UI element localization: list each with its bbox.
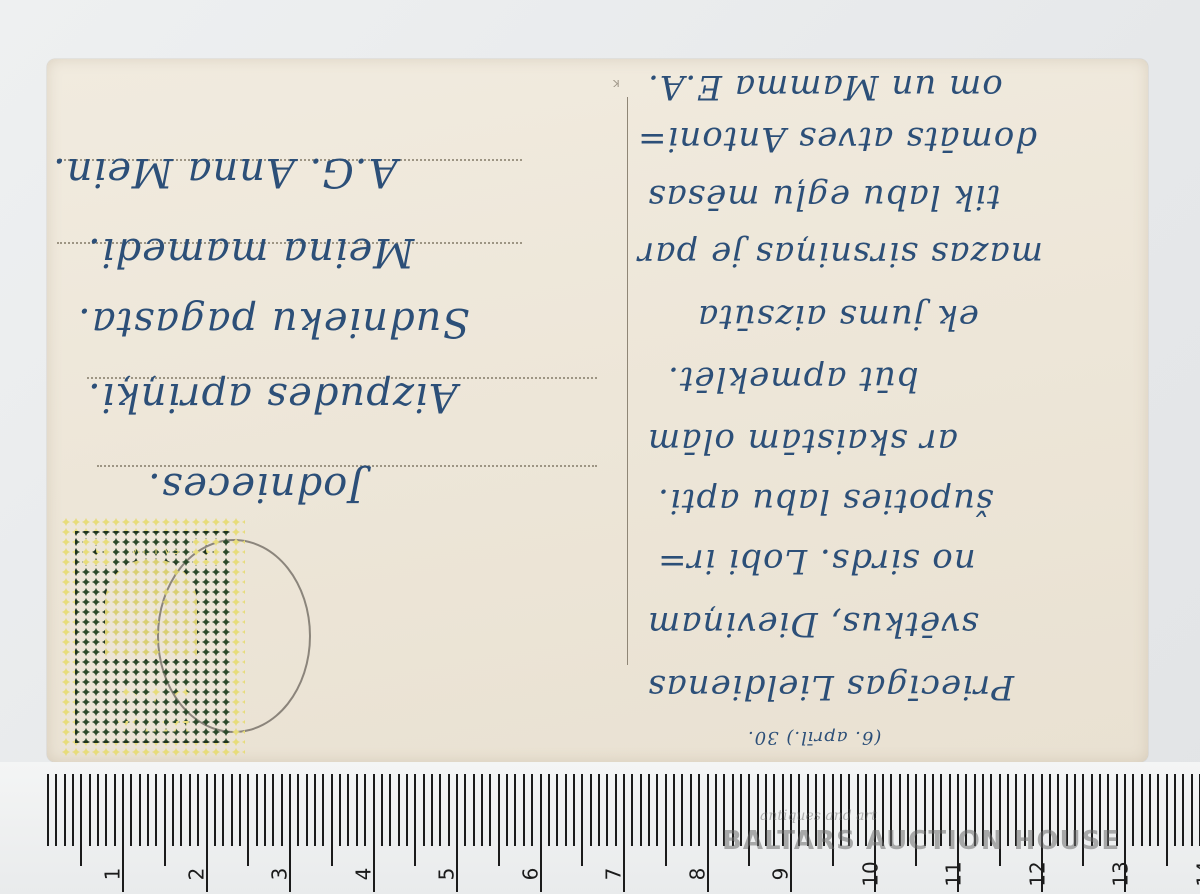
ruler-label: 7 [601, 868, 625, 881]
message-line: tik labu egļu mēsas [647, 177, 1001, 217]
message-line: šupoties labu apti. [657, 481, 994, 521]
ruler-tick [114, 774, 116, 846]
ruler-tick [464, 774, 466, 846]
ruler-tick [180, 774, 182, 846]
ruler-tick [1141, 774, 1143, 846]
ruler-tick [214, 774, 216, 846]
ruler-tick [247, 774, 249, 866]
ruler-tick [272, 774, 274, 846]
postcard-divider-line [627, 97, 628, 665]
ruler-tick [615, 774, 617, 846]
message-date: (6. aprīl.) 30. [747, 727, 881, 748]
ruler-tick [339, 774, 341, 846]
postcard: K A.G. Anna Mein. Meina mamedi. Sudnieku… [47, 59, 1148, 762]
ruler-label: 5 [434, 868, 458, 881]
ruler-tick [606, 774, 608, 846]
ruler-label: 14 [1192, 861, 1200, 886]
ruler-tick [1132, 774, 1134, 846]
address-line: Sudnieku pagasta. [77, 299, 470, 345]
ruler-label: 6 [518, 868, 542, 881]
ruler-tick [105, 774, 107, 846]
ruler-tick [673, 774, 675, 846]
message-line: būt apmeklēt. [667, 359, 919, 399]
ruler-tick [1157, 774, 1159, 846]
ruler-tick [690, 774, 692, 846]
ruler-tick [381, 774, 383, 846]
ruler-tick [640, 774, 642, 846]
ruler-label: 13 [1109, 861, 1133, 886]
stamp-value: 6 [193, 539, 223, 565]
stamp-coat-of-arms-icon [103, 557, 199, 661]
stamp-design: LATVIJA ★★★ 6 SANTIMI 6 [75, 531, 231, 743]
watermark-subtitle: antiques and art [760, 808, 877, 824]
watermark: BALTARS AUCTION HOUSE [722, 826, 1120, 856]
ruler-label: 4 [351, 868, 375, 881]
ruler-tick [698, 774, 700, 846]
message-line: Priecīgas Lieldienas [647, 667, 1014, 707]
ruler-tick [55, 774, 57, 846]
ruler-tick [681, 774, 683, 846]
ruler-tick [264, 774, 266, 846]
ruler-tick [130, 774, 132, 846]
ruler-tick [47, 774, 49, 846]
ruler-tick [197, 774, 199, 846]
ruler-tick [665, 774, 667, 866]
ruler-tick [573, 774, 575, 846]
ruler-tick [548, 774, 550, 846]
ruler-tick [64, 774, 66, 846]
ruler-tick [364, 774, 366, 846]
address-line: Meina mamedi. [87, 229, 414, 275]
ruler-tick [89, 774, 91, 846]
ruler-tick [322, 774, 324, 846]
ruler-tick [347, 774, 349, 846]
message-line: no sirds. Lobi ir= [657, 541, 976, 581]
ruler-tick [423, 774, 425, 846]
ruler-tick [1182, 774, 1184, 846]
ruler-tick [414, 774, 416, 866]
ruler-tick [222, 774, 224, 846]
ruler-tick [448, 774, 450, 846]
message-line: svētkus, Dieviņam [647, 604, 979, 644]
ruler-label: 10 [858, 861, 882, 886]
ruler-tick [598, 774, 600, 846]
ruler-tick [80, 774, 82, 866]
ruler-tick [581, 774, 583, 866]
ruler-tick [523, 774, 525, 846]
stamp-currency: SANTIMI [117, 543, 189, 556]
ruler-tick [556, 774, 558, 846]
stamp-stars-icon: ★★★ [77, 677, 229, 707]
ruler-tick [281, 774, 283, 846]
message-line: ar skaistām olām [647, 421, 958, 461]
ruler-tick [715, 774, 717, 846]
ruler-tick [473, 774, 475, 846]
ruler-tick [1166, 774, 1168, 866]
stamp-value: 6 [83, 539, 113, 565]
ruler-tick [531, 774, 533, 846]
ruler-tick [297, 774, 299, 846]
address-line: Aizpudes apriņķi. [87, 374, 458, 420]
ruler-tick [72, 774, 74, 846]
ruler-tick [331, 774, 333, 866]
ruler-tick [498, 774, 500, 866]
ruler-tick [97, 774, 99, 846]
ruler-tick [1149, 774, 1151, 846]
ruler-tick [431, 774, 433, 846]
ruler-tick [389, 774, 391, 846]
ruler-label: 9 [768, 868, 792, 881]
ruler-tick [306, 774, 308, 846]
ruler-tick [256, 774, 258, 846]
ruler-label: 11 [942, 861, 966, 886]
postage-stamp: LATVIJA ★★★ 6 SANTIMI 6 [61, 517, 245, 757]
ruler-tick [648, 774, 650, 846]
ruler-tick [631, 774, 633, 846]
ruler-tick [590, 774, 592, 846]
ruler-tick [489, 774, 491, 846]
ruler-tick [155, 774, 157, 846]
address-line: A.G. Anna Mein. [52, 149, 397, 195]
ruler-tick [231, 774, 233, 846]
ruler-tick [481, 774, 483, 846]
ruler-tick [439, 774, 441, 846]
message-line: om un Mamma E.A. [647, 67, 1003, 107]
message-line: mazas sirsniņas je par [637, 234, 1043, 274]
ruler-tick [1191, 774, 1193, 846]
message-line: ek jums aizsūta [697, 297, 979, 337]
address-line: Jodnieces. [147, 464, 364, 510]
ruler-tick [147, 774, 149, 846]
ruler-label: 1 [100, 868, 124, 881]
ruler-tick [506, 774, 508, 846]
ruler-label: 3 [267, 868, 291, 881]
stamp-country: LATVIJA [77, 717, 229, 733]
ruler-tick [172, 774, 174, 846]
ruler-tick [1174, 774, 1176, 846]
ruler-tick [189, 774, 191, 846]
ruler-tick [406, 774, 408, 846]
ruler-label: 8 [685, 868, 709, 881]
ruler-label: 2 [184, 868, 208, 881]
print-mark: K [613, 77, 620, 88]
ruler-tick [398, 774, 400, 846]
ruler-tick [514, 774, 516, 846]
ruler-tick [239, 774, 241, 846]
ruler-tick [565, 774, 567, 846]
ruler-tick [139, 774, 141, 846]
ruler-label: 12 [1025, 861, 1049, 886]
ruler-tick [656, 774, 658, 846]
ruler-tick [314, 774, 316, 846]
ruler-tick [164, 774, 166, 866]
message-line: domāts atves Antoni= [637, 119, 1037, 159]
ruler-tick [356, 774, 358, 846]
